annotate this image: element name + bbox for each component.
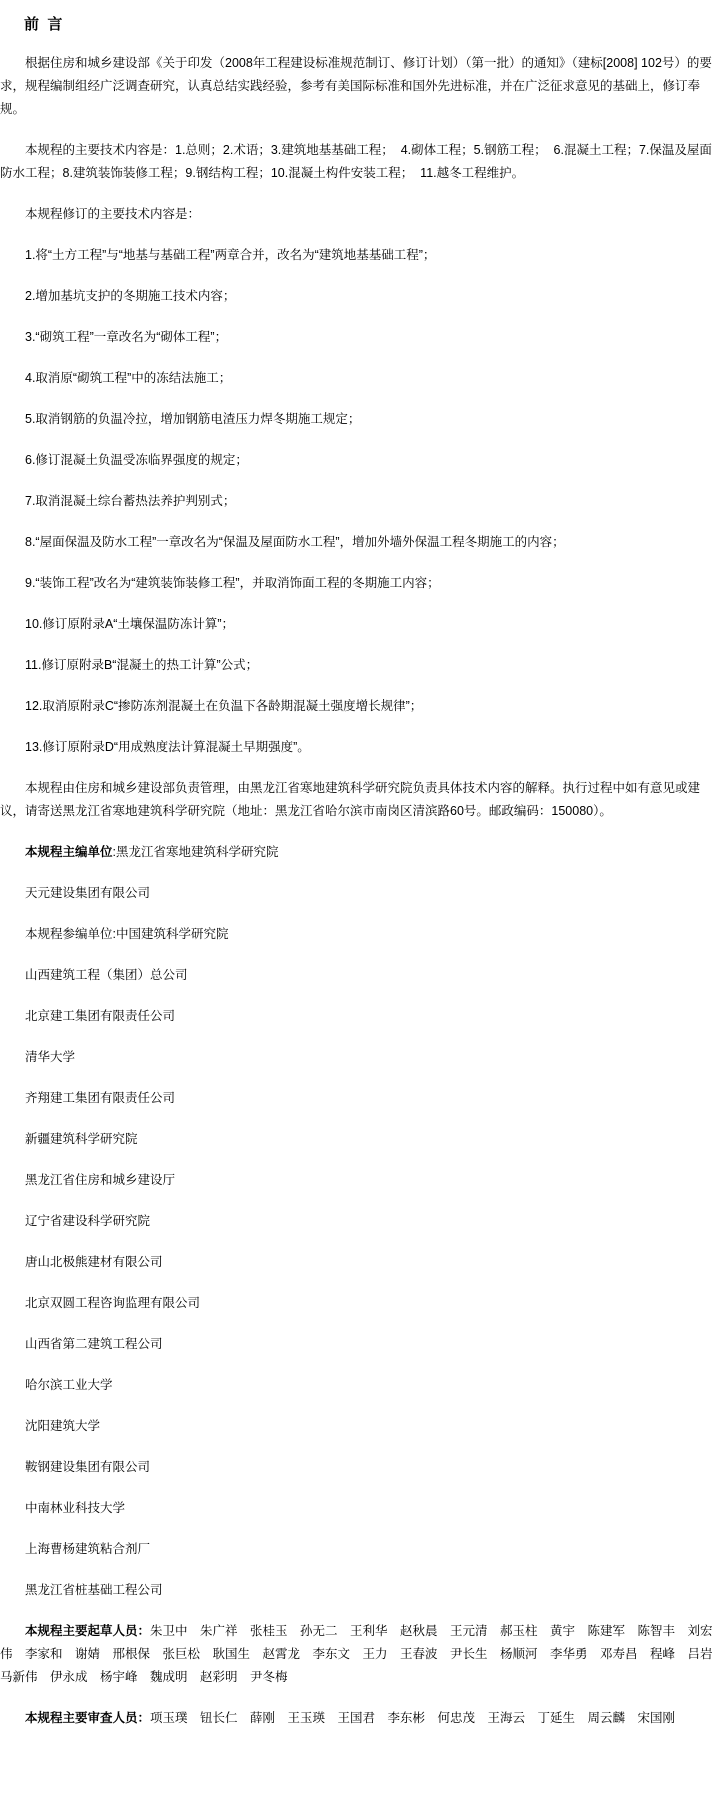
unit-line-7: 辽宁省建设科学研究院 bbox=[0, 1210, 717, 1233]
unit-line-6: 黑龙江省住房和城乡建设厅 bbox=[0, 1169, 717, 1192]
unit-line-4: 齐翔建工集团有限责任公司 bbox=[0, 1087, 717, 1110]
chief-editor-line: 本规程主编单位:黑龙江省寒地建筑科学研究院 bbox=[0, 841, 717, 864]
revision-item-3: 3.“砌筑工程”一章改名为“砌体工程”； bbox=[0, 326, 717, 349]
revision-item-9: 9.“装饰工程”改名为“建筑装饰装修工程”，并取消饰面工程的冬期施工内容； bbox=[0, 572, 717, 595]
revision-item-6: 6.修订混凝土负温受冻临界强度的规定； bbox=[0, 449, 717, 472]
revision-item-4: 4.取消原“砌筑工程”中的冻结法施工； bbox=[0, 367, 717, 390]
revision-item-7: 7.取消混凝土综台蓄热法养护判别式； bbox=[0, 490, 717, 513]
management-note: 本规程由住房和城乡建设部负责管理，由黑龙江省寒地建筑科学研究院负责具体技术内容的… bbox=[0, 777, 717, 823]
page-title: 前 言 bbox=[0, 8, 717, 34]
unit-line-14: 中南林业科技大学 bbox=[0, 1497, 717, 1520]
unit-line-2: 北京建工集团有限责任公司 bbox=[0, 1005, 717, 1028]
revision-item-13: 13.修订原附录D“用成熟度法计算混凝土早期强度”。 bbox=[0, 736, 717, 759]
chief-editor-label: 本规程主编单位 bbox=[25, 845, 113, 859]
unit-line-16: 黑龙江省桩基础工程公司 bbox=[0, 1579, 717, 1602]
reviewers-paragraph: 本规程主要审查人员：项玉璞 钮长仁 薛刚 王玉瑛 王国君 李东彬 何忠茂 王海云… bbox=[0, 1707, 717, 1730]
unit-line-9: 北京双圆工程咨询监理有限公司 bbox=[0, 1292, 717, 1315]
revision-heading: 本规程修订的主要技术内容是： bbox=[0, 203, 717, 226]
unit-line-3: 清华大学 bbox=[0, 1046, 717, 1069]
unit-line-1: 山西建筑工程（集团）总公司 bbox=[0, 964, 717, 987]
drafters-paragraph: 本规程主要起草人员：朱卫中 朱广祥 张桂玉 孙无二 王利华 赵秋晨 王元清 郝玉… bbox=[0, 1620, 717, 1689]
chief-editor-unit-2: 天元建设集团有限公司 bbox=[0, 882, 717, 905]
revision-item-2: 2.增加基坑支护的冬期施工技术内容； bbox=[0, 285, 717, 308]
revision-item-10: 10.修订原附录A“土壤保温防冻计算”； bbox=[0, 613, 717, 636]
reviewers-label: 本规程主要审查人员： bbox=[25, 1711, 150, 1725]
participating-editor-line: 本规程参编单位:中国建筑科学研究院 bbox=[0, 923, 717, 946]
revision-item-1: 1.将“土方工程”与“地基与基础工程”两章合并，改名为“建筑地基基础工程”； bbox=[0, 244, 717, 267]
reviewers-names: 项玉璞 钮长仁 薛刚 王玉瑛 王国君 李东彬 何忠茂 王海云 丁延生 周云麟 宋… bbox=[150, 1711, 675, 1725]
revision-item-11: 11.修订原附录B“混凝土的热工计算”公式； bbox=[0, 654, 717, 677]
unit-line-10: 山西省第二建筑工程公司 bbox=[0, 1333, 717, 1356]
revision-item-8: 8.“屋面保温及防水工程”一章改名为“保温及屋面防水工程”，增加外墙外保温工程冬… bbox=[0, 531, 717, 554]
intro-paragraph: 根据住房和城乡建设部《关于印发（2008年工程建设标准规范制订、修订计划）（第一… bbox=[0, 52, 717, 121]
revision-item-12: 12.取消原附录C“掺防冻剂混凝土在负温下各龄期混凝土强度增长规律”； bbox=[0, 695, 717, 718]
unit-line-8: 唐山北极熊建材有限公司 bbox=[0, 1251, 717, 1274]
unit-line-13: 鞍钢建设集团有限公司 bbox=[0, 1456, 717, 1479]
scope-paragraph: 本规程的主要技术内容是：1.总则；2.术语；3.建筑地基基础工程； 4.砌体工程… bbox=[0, 139, 717, 185]
revision-item-5: 5.取消钢筋的负温冷拉，增加钢筋电渣压力焊冬期施工规定； bbox=[0, 408, 717, 431]
unit-line-12: 沈阳建筑大学 bbox=[0, 1415, 717, 1438]
unit-line-11: 哈尔滨工业大学 bbox=[0, 1374, 717, 1397]
document-page: 前 言 根据住房和城乡建设部《关于印发（2008年工程建设标准规范制订、修订计划… bbox=[0, 0, 717, 1772]
drafters-label: 本规程主要起草人员： bbox=[25, 1624, 150, 1638]
unit-line-5: 新疆建筑科学研究院 bbox=[0, 1128, 717, 1151]
chief-editor-value: :黑龙江省寒地建筑科学研究院 bbox=[113, 845, 279, 859]
unit-line-15: 上海曹杨建筑粘合剂厂 bbox=[0, 1538, 717, 1561]
